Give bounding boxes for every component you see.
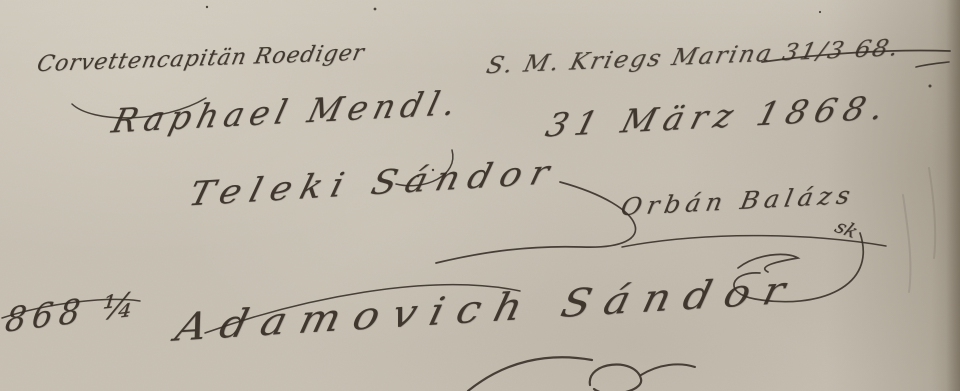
signature-raphael-mendl: Raphael Mendl. — [108, 83, 466, 141]
signature-corvettencapitaen-roediger: Corvettencapitän Roediger — [35, 41, 367, 78]
date-868-quarter: 868 ¼ — [3, 283, 142, 339]
date-31-maerz-1868: 31 März 1868. — [542, 88, 896, 145]
partial-signature-loop — [590, 365, 641, 391]
ink-dot-2 — [374, 8, 377, 11]
dash-after-68 — [916, 62, 949, 67]
inscription-kriegsmarine-date: S. M. Kriegs Marina 31/3 68. — [484, 35, 903, 79]
page-right-edge-shade — [946, 0, 960, 391]
ink-dot-4 — [929, 85, 932, 88]
partial-signature-diagonal — [468, 357, 592, 391]
signature-adamovich-sandor: Adamovich Sándor — [171, 267, 803, 350]
bleedthrough-mark-1 — [903, 195, 910, 292]
partial-signature-tail — [641, 364, 695, 375]
ink-dot-1 — [206, 6, 208, 8]
ink-dot-3 — [819, 11, 821, 13]
signature-orban-balazs: Orbán Balázs — [618, 181, 857, 222]
signature-teleki-sandor: Teleki Sándor — [185, 152, 562, 214]
bleedthrough-mark-2 — [929, 168, 935, 258]
manuscript-page: Corvettencapitän Roediger S. M. Kriegs M… — [0, 0, 960, 391]
orban-sk-mark: sk — [831, 216, 862, 243]
